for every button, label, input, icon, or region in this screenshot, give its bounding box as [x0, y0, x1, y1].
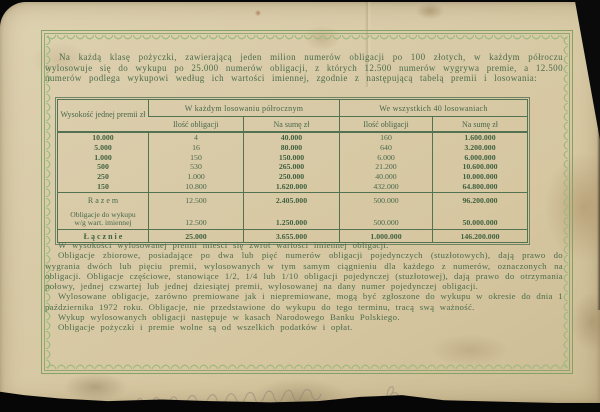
photo-background: { "intro": "Na każdą klasę pożyczki, zaw…: [0, 0, 600, 412]
subheader-quantity-1: Ilość obligacji: [149, 117, 244, 133]
terms-paragraph: Obligacje pożyczki i premie wolne są od …: [45, 322, 563, 332]
redemption-label: Obligacje do wykupu w/g wart. imiennej: [58, 208, 149, 230]
table-cell: 64.800.000: [433, 182, 528, 192]
table-cell: 150.000: [244, 153, 340, 163]
table-cell: 640: [340, 143, 433, 153]
table-cell: 6.000.000: [433, 153, 528, 163]
table-cell: 10.000: [58, 132, 149, 143]
header-group-semiannual: W każdym losowaniu półrocznym: [149, 100, 340, 117]
table-row: 5.000 16 80.000 640 3.200.000: [58, 143, 528, 153]
intro-paragraph: Na każdą klasę pożyczki, zawierającą jed…: [45, 52, 563, 84]
terms-paragraph: W wysokości wylosowanej premii mieści si…: [45, 240, 563, 250]
table-cell: 160: [340, 132, 433, 143]
table-cell: 1.250.000: [244, 208, 340, 230]
table-cell: 80.000: [244, 143, 340, 153]
table-cell: 250.000: [244, 172, 340, 182]
table-cell: 6.000: [340, 153, 433, 163]
table-cell: 1.600.000: [433, 132, 528, 143]
header-group-all-drawings: We wszystkich 40 losowaniach: [340, 100, 528, 117]
table-cell: 150: [58, 182, 149, 192]
table-cell: 50.000.000: [433, 208, 528, 230]
scallop-edge-top: [47, 35, 567, 41]
table-cell: 432.000: [340, 182, 433, 192]
table-cell: 96.200.000: [433, 192, 528, 208]
summary-row-redemption: Obligacje do wykupu w/g wart. imiennej 1…: [58, 208, 528, 230]
table-cell: 3.200.000: [433, 143, 528, 153]
table-row: 250 1.000 250.000 40.000 10.000.000: [58, 172, 528, 182]
table-cell: 10.000.000: [433, 172, 528, 182]
table-row: 10.000 4 40.000 160 1.600.000: [58, 132, 528, 143]
table-cell: 150: [149, 153, 244, 163]
table-cell: 2.405.000: [244, 192, 340, 208]
table-row: 500 530 265.000 21.200 10.600.000: [58, 162, 528, 172]
razem-label: R a z e m: [58, 192, 149, 208]
table-cell: 4: [149, 132, 244, 143]
table-cell: 1.000: [149, 172, 244, 182]
header-premium-amount: Wysokość jednej premii zł: [58, 100, 149, 133]
table-cell: 40.000: [340, 172, 433, 182]
bond-certificate-reverse: Na każdą klasę pożyczki, zawierającą jed…: [0, 2, 600, 403]
table-cell: 530: [149, 162, 244, 172]
table-row: 1.000 150 150.000 6.000 6.000.000: [58, 153, 528, 163]
table-cell: 500: [58, 162, 149, 172]
table-cell: 21.200: [340, 162, 433, 172]
subheader-sum-1: Na sumę zł: [244, 117, 340, 133]
scallop-edge-bottom: [47, 363, 567, 369]
table-row: 150 10.800 1.620.000 432.000 64.800.000: [58, 182, 528, 192]
table-cell: 500.000: [340, 208, 433, 230]
table-cell: 10.600.000: [433, 162, 528, 172]
table-cell: 12.500: [149, 192, 244, 208]
table-cell: 1.620.000: [244, 182, 340, 192]
table-cell: 500.000: [340, 192, 433, 208]
terms-paragraph: Obligacje zbiorowe, posiadające po dwa l…: [45, 250, 563, 291]
subheader-sum-2: Na sumę zł: [433, 117, 528, 133]
table-cell: 250: [58, 172, 149, 182]
subheader-quantity-2: Ilość obligacji: [340, 117, 433, 133]
summary-row-total: R a z e m 12.500 2.405.000 500.000 96.20…: [58, 192, 528, 208]
table-cell: 16: [149, 143, 244, 153]
table-cell: 5.000: [58, 143, 149, 153]
table-cell: 10.800: [149, 182, 244, 192]
table-cell: 40.000: [244, 132, 340, 143]
terms-paragraph: Wykup wylosowanych obligacji następuje w…: [45, 312, 563, 322]
terms-section: W wysokości wylosowanej premii mieści si…: [45, 240, 563, 333]
table-header-group-row: Wysokość jednej premii zł W każdym losow…: [58, 100, 528, 117]
terms-paragraph: Wylosowane obligacje, zarówno premiowane…: [45, 291, 563, 312]
table-cell: 1.000: [58, 153, 149, 163]
premium-table: Wysokość jednej premii zł W każdym losow…: [57, 99, 528, 243]
table-cell: 265.000: [244, 162, 340, 172]
table-cell: 12.500: [149, 208, 244, 230]
